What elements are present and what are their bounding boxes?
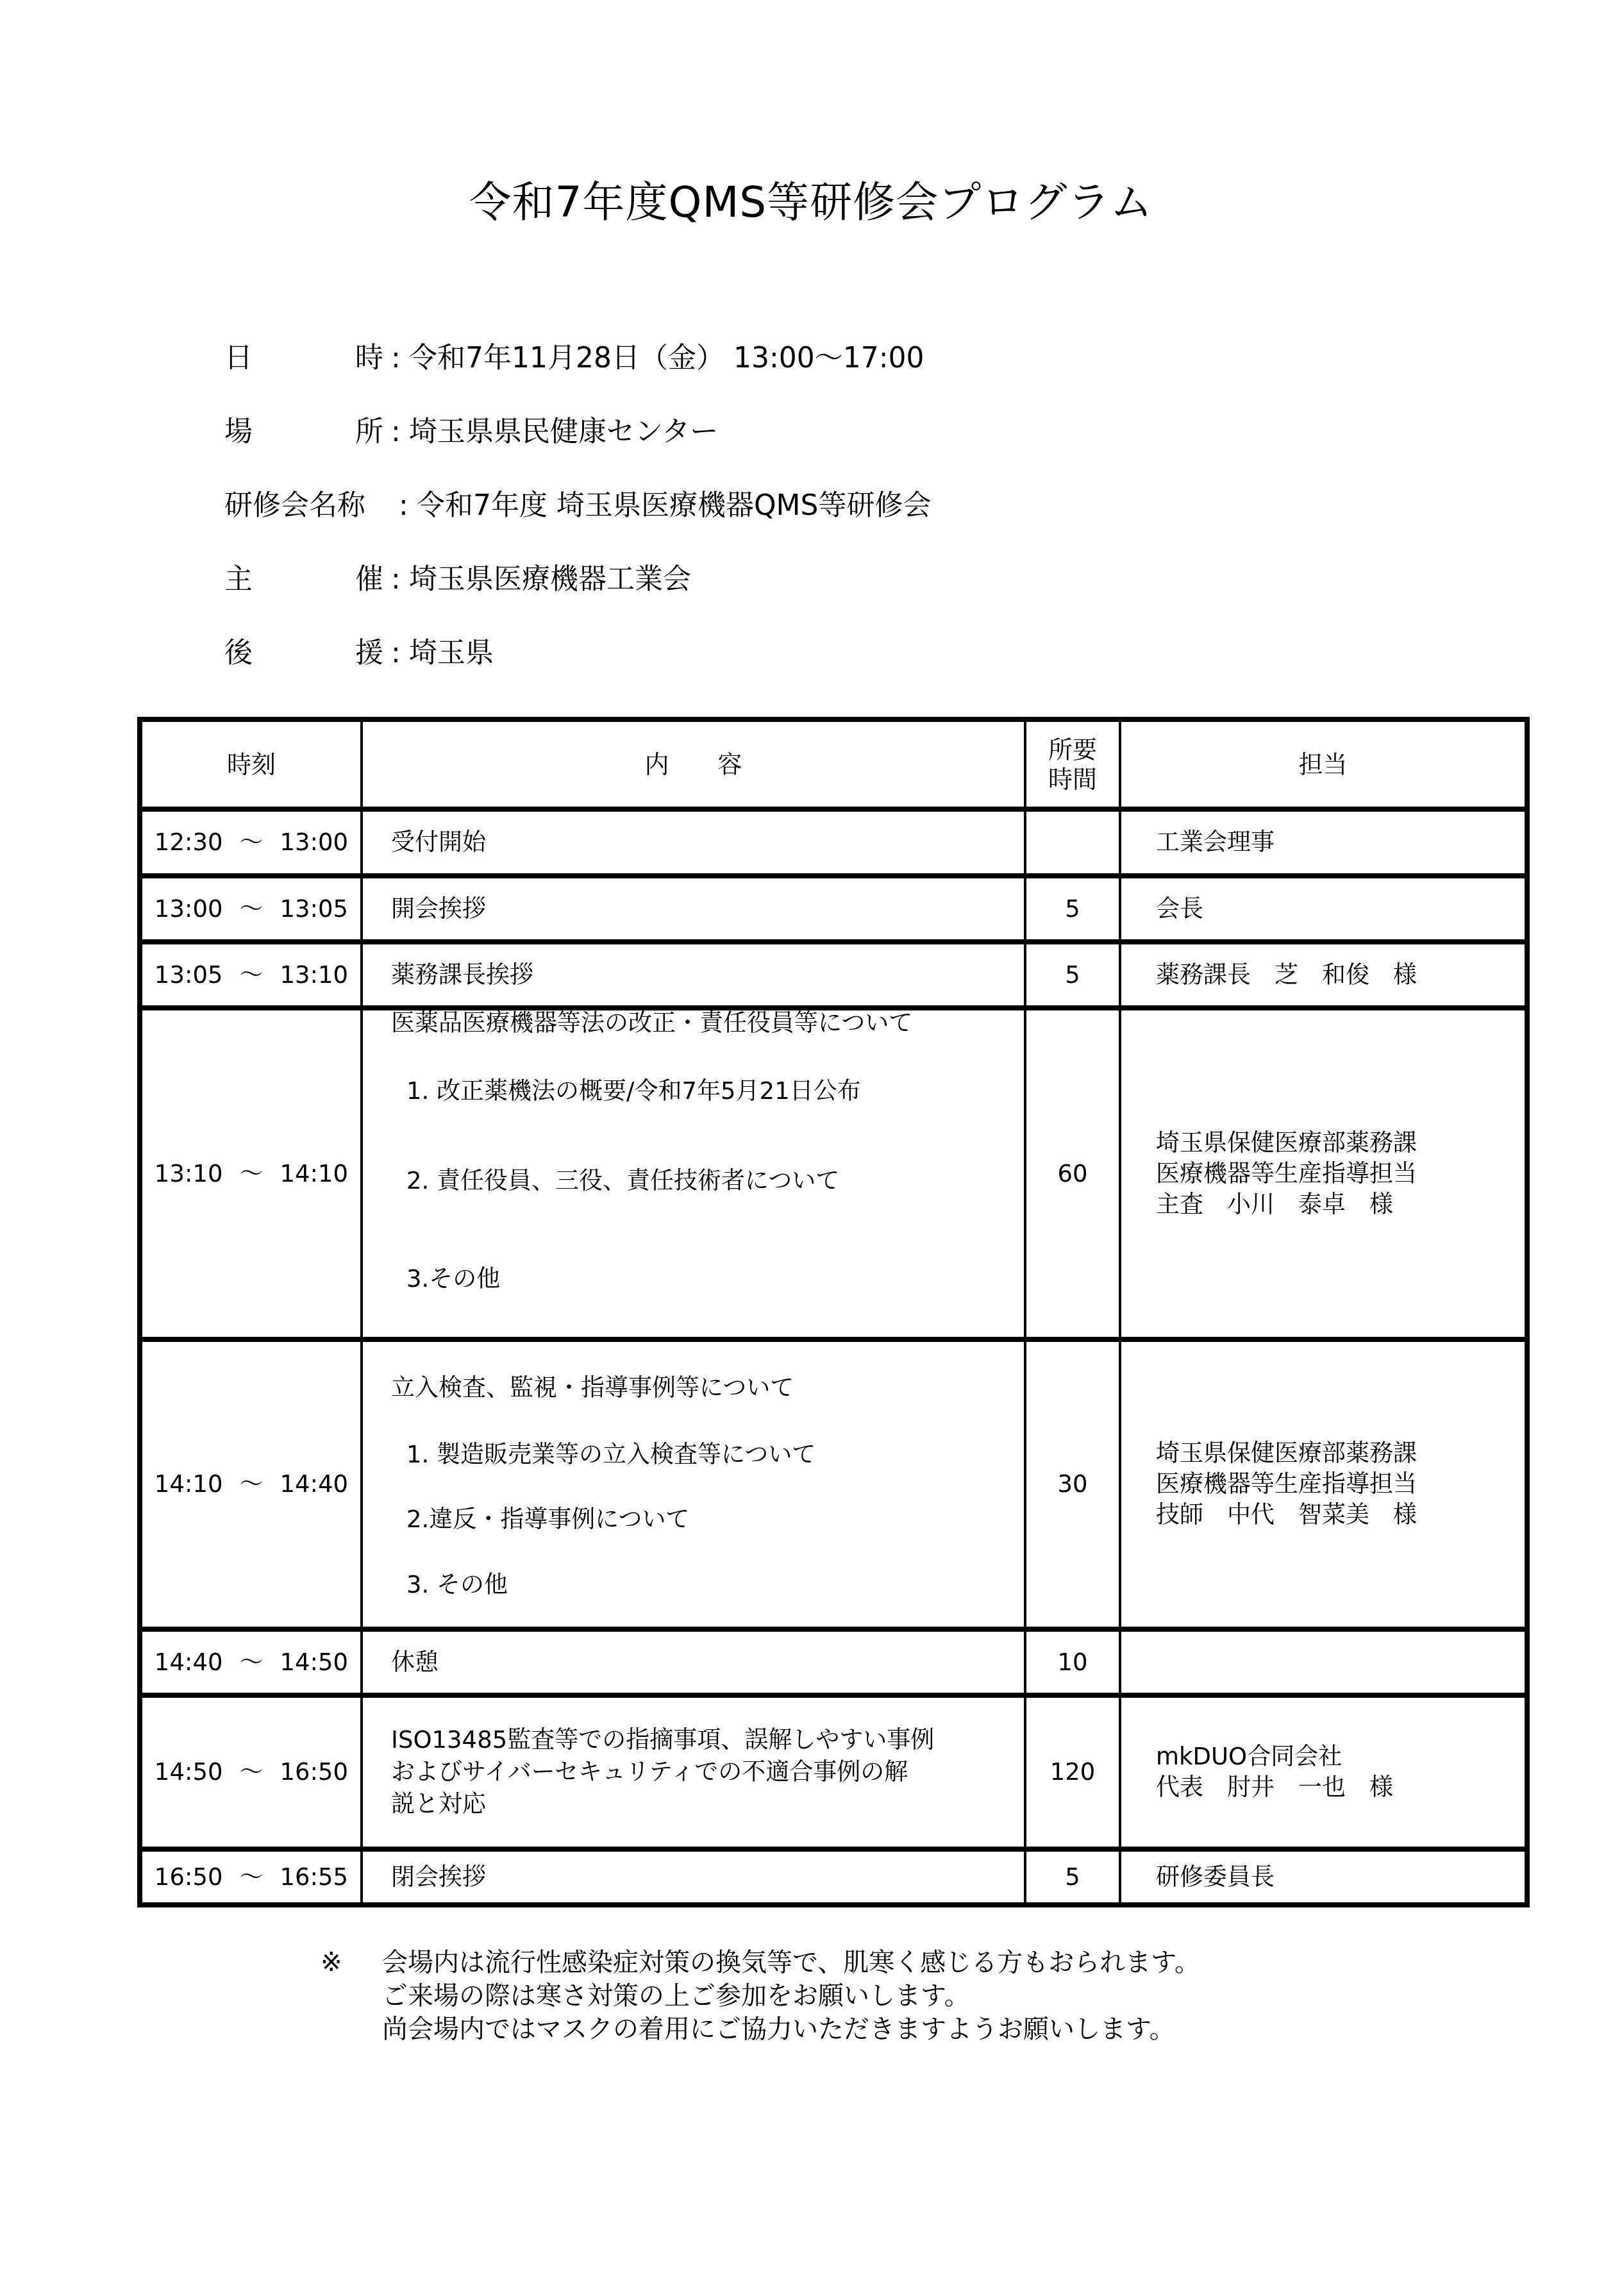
duration: 5 bbox=[1026, 1852, 1121, 1902]
info-support: 後援:埼玉県 bbox=[224, 630, 494, 671]
time-range: 13:00～13:05 bbox=[142, 878, 363, 939]
table-row: 14:50～16:50 ISO13485監査等での指摘事項、誤解しやすい事例 お… bbox=[142, 1698, 1525, 1852]
responsible: 会長 bbox=[1121, 878, 1525, 939]
duration: 5 bbox=[1026, 878, 1121, 939]
table-row: 14:40～14:50 休憩 10 bbox=[142, 1632, 1525, 1698]
content: 医薬品医療機器等法の改正・責任役員等について 1. 改正薬機法の概要/令和7年5… bbox=[363, 1010, 1026, 1337]
duration: 10 bbox=[1026, 1632, 1121, 1693]
duration: 60 bbox=[1026, 1010, 1121, 1337]
header-content: 内 容 bbox=[363, 722, 1026, 807]
time-range: 14:10～14:40 bbox=[142, 1342, 363, 1627]
info-label: 主催 bbox=[224, 556, 383, 597]
info-datetime: 日時:令和7年11月28日（金） 13:00～17:00 bbox=[224, 335, 924, 376]
content-item: 3.その他 bbox=[406, 1264, 500, 1295]
responsible: 埼玉県保健医療部薬務課 医療機器等生産指導担当 技師 中代 智菜美 様 bbox=[1121, 1342, 1525, 1627]
time-range: 14:40～14:50 bbox=[142, 1632, 363, 1693]
note-line: ご来場の際は寒さ対策の上ご参加をお願いします。 bbox=[382, 1979, 1200, 2013]
duration bbox=[1026, 812, 1121, 873]
page-title: 令和7年度QMS等研修会プログラム bbox=[0, 168, 1622, 229]
content-heading: 医薬品医療機器等法の改正・責任役員等について bbox=[391, 1008, 912, 1039]
table-header: 時刻 内 容 所要 時間 担当 bbox=[142, 722, 1525, 812]
table-row: 13:10～14:10 医薬品医療機器等法の改正・責任役員等について 1. 改正… bbox=[142, 1010, 1525, 1342]
table-row: 16:50～16:55 閉会挨拶 5 研修委員長 bbox=[142, 1852, 1525, 1902]
info-organizer: 主催:埼玉県医療機器工業会 bbox=[224, 556, 691, 597]
info-label: 場所 bbox=[224, 408, 383, 449]
note-line: 会場内は流行性感染症対策の換気等で、肌寒く感じる方もおられます。 bbox=[382, 1946, 1200, 1979]
responsible: 研修委員長 bbox=[1121, 1852, 1525, 1902]
table-row: 13:05～13:10 薬務課長挨拶 5 薬務課長 芝 和俊 様 bbox=[142, 944, 1525, 1010]
info-value: 埼玉県県民健康センター bbox=[409, 415, 718, 448]
note-line: 尚会場内ではマスクの着用にご協力いただきますようお願いします。 bbox=[382, 2013, 1200, 2046]
schedule-table: 時刻 内 容 所要 時間 担当 12:30～13:00 受付開始 工業会理事 1… bbox=[137, 717, 1530, 1907]
content-item: 2.違反・指導事例について bbox=[406, 1504, 690, 1535]
duration: 120 bbox=[1026, 1698, 1121, 1847]
responsible bbox=[1121, 1632, 1525, 1693]
table-row: 12:30～13:00 受付開始 工業会理事 bbox=[142, 812, 1525, 878]
duration: 30 bbox=[1026, 1342, 1121, 1627]
content: 閉会挨拶 bbox=[363, 1852, 1026, 1902]
duration: 5 bbox=[1026, 944, 1121, 1005]
content: 開会挨拶 bbox=[363, 878, 1026, 939]
time-range: 12:30～13:00 bbox=[142, 812, 363, 873]
time-range: 16:50～16:55 bbox=[142, 1852, 363, 1902]
responsible: mkDUO合同会社 代表 肘井 一也 様 bbox=[1121, 1698, 1525, 1847]
content: 薬務課長挨拶 bbox=[363, 944, 1026, 1005]
responsible: 埼玉県保健医療部薬務課 医療機器等生産指導担当 主査 小川 泰卓 様 bbox=[1121, 1010, 1525, 1337]
content-item: 3. その他 bbox=[406, 1570, 508, 1600]
content-item: 2. 責任役員、三役、責任技術者について bbox=[406, 1166, 839, 1196]
info-label: 研修会名称 bbox=[224, 482, 392, 523]
content: 立入検査、監視・指導事例等について 1. 製造販売業等の立入検査等について 2.… bbox=[363, 1342, 1026, 1627]
reference-mark-icon: ※ bbox=[321, 1946, 342, 1979]
responsible: 薬務課長 芝 和俊 様 bbox=[1121, 944, 1525, 1005]
header-time: 時刻 bbox=[142, 722, 363, 807]
info-value: 令和7年11月28日（金） 13:00～17:00 bbox=[409, 342, 924, 374]
content: ISO13485監査等での指摘事項、誤解しやすい事例 およびサイバーセキュリティ… bbox=[363, 1698, 1026, 1847]
time-range: 14:50～16:50 bbox=[142, 1698, 363, 1847]
content: 受付開始 bbox=[363, 812, 1026, 873]
content-item: 1. 製造販売業等の立入検査等について bbox=[406, 1439, 815, 1470]
content-item: 1. 改正薬機法の概要/令和7年5月21日公布 bbox=[406, 1076, 861, 1107]
info-label: 日時 bbox=[224, 335, 383, 376]
info-value: 埼玉県 bbox=[409, 637, 494, 669]
info-venue: 場所:埼玉県県民健康センター bbox=[224, 408, 718, 449]
time-range: 13:10～14:10 bbox=[142, 1010, 363, 1337]
info-value: 令和7年度 埼玉県医療機器QMS等研修会 bbox=[417, 489, 932, 522]
responsible: 工業会理事 bbox=[1121, 812, 1525, 873]
header-duration: 所要 時間 bbox=[1026, 722, 1121, 807]
table-row: 13:00～13:05 開会挨拶 5 会長 bbox=[142, 878, 1525, 944]
info-label: 後援 bbox=[224, 630, 383, 671]
table-row: 14:10～14:40 立入検査、監視・指導事例等について 1. 製造販売業等の… bbox=[142, 1342, 1525, 1632]
time-range: 13:05～13:10 bbox=[142, 944, 363, 1005]
header-responsible: 担当 bbox=[1121, 722, 1525, 807]
content-heading: 立入検査、監視・指導事例等について bbox=[391, 1373, 794, 1404]
info-seminar-name: 研修会名称:令和7年度 埼玉県医療機器QMS等研修会 bbox=[224, 482, 932, 523]
info-value: 埼玉県医療機器工業会 bbox=[409, 563, 691, 596]
content: 休憩 bbox=[363, 1632, 1026, 1693]
